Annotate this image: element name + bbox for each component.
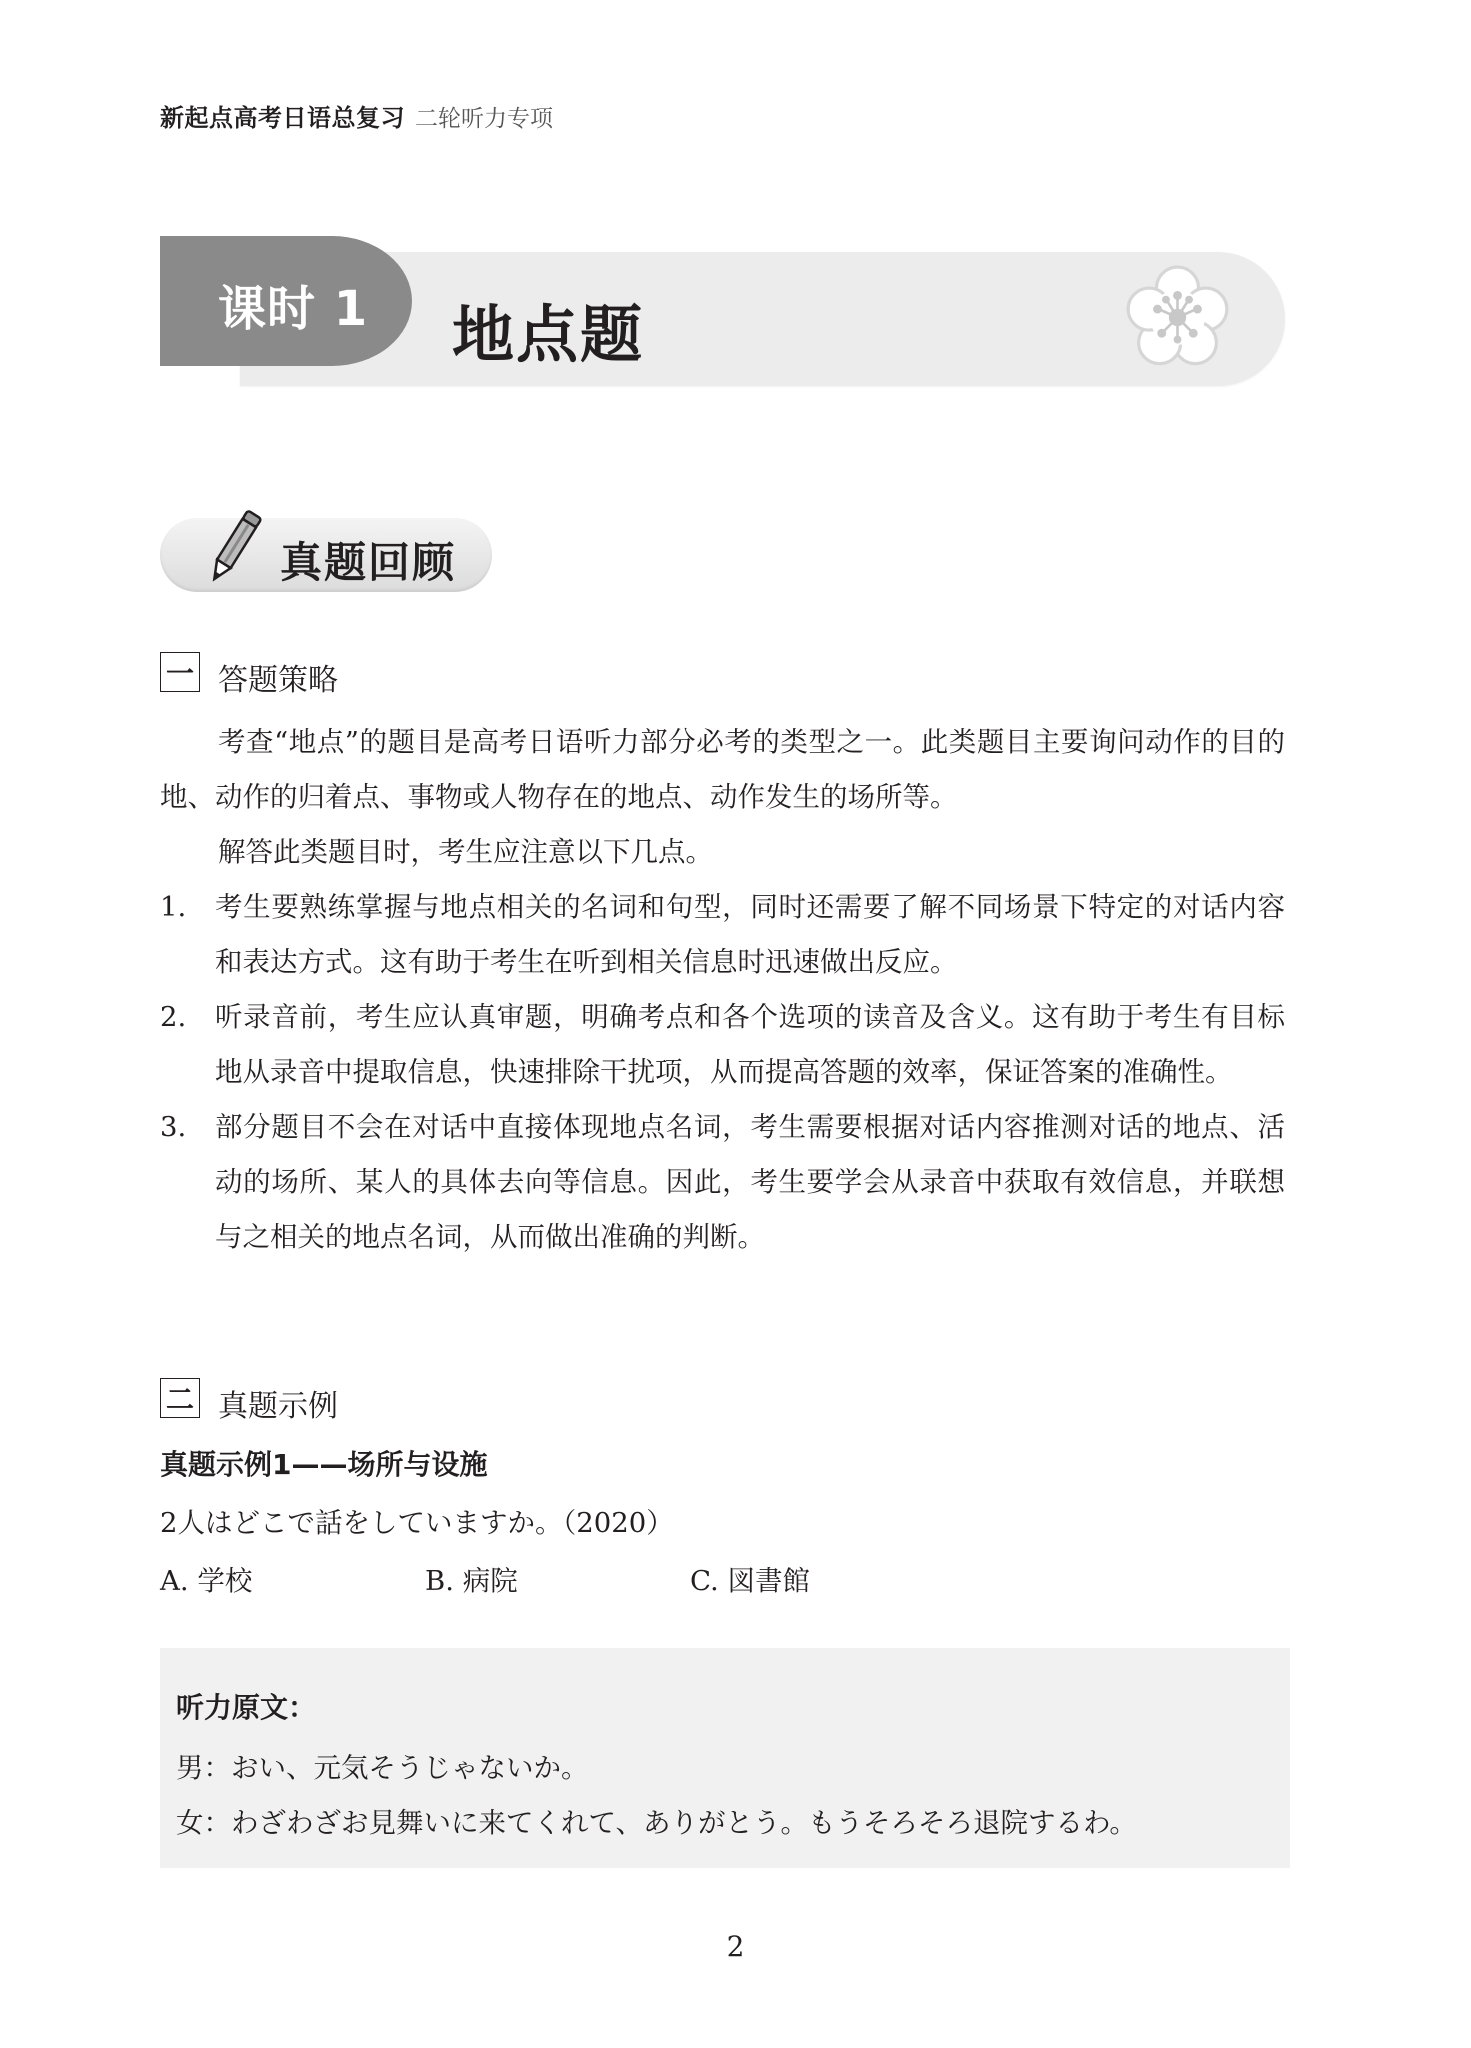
book-title: 新起点高考日语总复习: [160, 104, 405, 132]
section-number-box: 二: [160, 1378, 200, 1418]
list-item-text: 听录音前，考生应认真审题，明确考点和各个选项的读音及含义。这有助于考生有目标地从…: [215, 1001, 1285, 1088]
option-c: C. 図書館: [690, 1558, 810, 1598]
running-header: 新起点高考日语总复习二轮听力专项: [160, 98, 553, 133]
pencil-icon: [200, 505, 270, 587]
example-title: 真题示例1——场所与设施: [160, 1443, 487, 1483]
list-item: 3. 部分题目不会在对话中直接体现地点名词，考生需要根据对话内容推测对话的地点、…: [160, 1100, 1285, 1265]
list-item-text: 考生要熟练掌握与地点相关的名词和句型，同时还需要了解不同场景下特定的对话内容和表…: [215, 891, 1285, 978]
list-item: 2. 听录音前，考生应认真审题，明确考点和各个选项的读音及含义。这有助于考生有目…: [160, 990, 1285, 1100]
list-item-number: 3.: [160, 1100, 186, 1155]
transcript-box: 听力原文： 男：おい、元気そうじゃないか。 女：わざわざお見舞いに来てくれて、あ…: [160, 1648, 1290, 1868]
plum-blossom-icon: [1125, 265, 1230, 370]
section-number-box: 一: [160, 652, 200, 692]
speaker-label: 男：: [176, 1752, 231, 1784]
strategy-body: 考查“地点”的题目是高考日语听力部分必考的类型之一。此类题目主要询问动作的目的地…: [160, 715, 1285, 1265]
transcript-title: 听力原文：: [176, 1686, 316, 1726]
question-text: 2人はどこで話をしていますか。（2020）: [160, 1500, 674, 1540]
option-a: A. 学校: [160, 1558, 252, 1598]
lesson-tab: 课时 1: [160, 236, 412, 366]
dialogue-text: わざわざお見舞いに来てくれて、ありがとう。もうそろそろ退院するわ。: [231, 1807, 1137, 1839]
section-title: 答题策略: [218, 655, 338, 699]
lead-paragraph: 解答此类题目时，考生应注意以下几点。: [160, 825, 1285, 880]
list-item-number: 1.: [160, 880, 186, 935]
section-title: 真题示例: [218, 1381, 338, 1425]
dialogue-text: おい、元気そうじゃないか。: [231, 1752, 589, 1784]
lesson-tab-label: 课时 1: [218, 270, 368, 339]
list-item-number: 2.: [160, 990, 186, 1045]
series-title: 二轮听力专项: [415, 106, 553, 132]
review-section-title: 真题回顾: [280, 530, 456, 590]
intro-paragraph: 考查“地点”的题目是高考日语听力部分必考的类型之一。此类题目主要询问动作的目的地…: [160, 715, 1285, 825]
transcript-line: 男：おい、元気そうじゃないか。: [176, 1745, 589, 1785]
lesson-title: 地点题: [452, 285, 644, 374]
speaker-label: 女：: [176, 1807, 231, 1839]
list-item: 1. 考生要熟练掌握与地点相关的名词和句型，同时还需要了解不同场景下特定的对话内…: [160, 880, 1285, 990]
list-item-text: 部分题目不会在对话中直接体现地点名词，考生需要根据对话内容推测对话的地点、活动的…: [215, 1111, 1285, 1253]
option-b: B. 病院: [425, 1558, 518, 1598]
transcript-line: 女：わざわざお見舞いに来てくれて、ありがとう。もうそろそろ退院するわ。: [176, 1800, 1137, 1840]
page-number: 2: [0, 1930, 1471, 1963]
